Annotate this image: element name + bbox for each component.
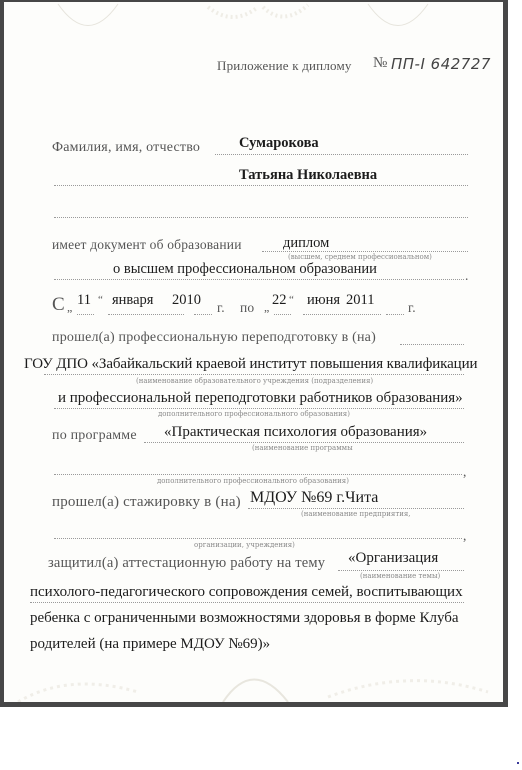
period-to-year-suffix: г. <box>408 300 416 316</box>
retraining-hint-2: дополнительного профессионального образо… <box>158 410 350 418</box>
program-line-2 <box>54 474 462 475</box>
period-to-day-line <box>274 314 291 315</box>
period-from-open-quote: „ <box>67 300 73 315</box>
decorative-watermark-bottom <box>8 662 502 702</box>
period-from-close-quote: “ <box>98 294 103 306</box>
period-from-month-line <box>108 314 184 315</box>
document-frame: Приложение к диплому № ПП-I 642727 Фамил… <box>0 0 508 707</box>
decorative-watermark-top <box>8 2 502 32</box>
internship-hint-1: (наименование предприятия, <box>301 510 411 518</box>
thesis-hint: (наименование темы) <box>360 572 440 580</box>
retraining-label: прошел(а) профессиональную переподготовк… <box>52 330 376 346</box>
thesis-title-line-2: психолого-педагогического сопровождения … <box>30 584 463 601</box>
thesis-line-1-rule <box>338 570 464 571</box>
program-label: по программе <box>52 428 137 444</box>
education-document-hint: (высшем, среднем профессиональном) <box>288 253 432 261</box>
program-hint-2: дополнительного профессионального образо… <box>157 477 349 485</box>
internship-line <box>248 508 464 509</box>
full-name-line-2 <box>54 185 468 186</box>
internship-hint-2: организации, учреждения) <box>194 541 295 549</box>
education-level-period: . <box>465 268 469 284</box>
full-name-line-3 <box>54 217 468 218</box>
given-names-value: Татьяна Николаевна <box>239 167 377 184</box>
diploma-number: ПП-I 642727 <box>391 55 491 73</box>
thesis-line-2-rule <box>30 602 464 603</box>
internship-value: МДОУ №69 г.Чита <box>250 489 378 507</box>
thesis-title-line-3: ребенка с ограниченными возможностями зд… <box>30 610 459 627</box>
education-level-value: о высшем профессиональном образовании <box>113 261 377 278</box>
period-from-year: 2010 <box>172 292 201 309</box>
period-to-year-line <box>386 314 404 315</box>
period-to-month-line <box>303 314 381 315</box>
education-document-value: диплом <box>283 235 329 252</box>
period-from-day: 11 <box>77 292 91 309</box>
scan-artifact-dot <box>517 762 519 764</box>
period-to-close-quote: “ <box>289 294 294 306</box>
education-document-label: имеет документ об образовании <box>52 237 242 253</box>
program-hint-1: (наименование программы <box>252 444 353 452</box>
period-to-month: июня <box>307 292 340 309</box>
internship-label: прошел(а) стажировку в (на) <box>52 494 241 511</box>
thesis-title-line-4: родителей (на примере МДОУ №69)» <box>30 636 270 653</box>
program-line <box>144 442 464 443</box>
period-to-year: 2011 <box>346 292 374 309</box>
diploma-supplement-page: Приложение к диплому № ПП-I 642727 Фамил… <box>8 4 502 702</box>
thesis-title-line-1: «Организация <box>348 550 438 567</box>
retraining-institution-line-2-rule <box>54 408 464 409</box>
period-to-day: 22 <box>272 292 287 309</box>
surname-value: Сумарокова <box>239 135 319 152</box>
internship-comma: , <box>463 528 467 544</box>
full-name-label: Фамилия, имя, отчество <box>52 140 200 156</box>
period-to-open-quote: „ <box>264 300 270 315</box>
internship-line-2 <box>54 538 462 539</box>
supplement-title: Приложение к диплому <box>217 58 352 74</box>
full-name-line-1 <box>215 154 468 155</box>
number-sign: № <box>373 55 387 72</box>
education-level-line <box>54 279 464 280</box>
period-to-prefix: по <box>240 300 254 316</box>
retraining-institution-line-2: и профессиональной переподготовки работн… <box>58 390 463 407</box>
period-from-day-line <box>77 314 94 315</box>
program-value: «Практическая психология образования» <box>164 424 427 441</box>
program-comma: , <box>463 464 467 480</box>
retraining-institution-line-1: ГОУ ДПО «Забайкальский краевой институт … <box>24 356 477 373</box>
period-from-year-line <box>194 314 212 315</box>
retraining-institution-line-1-rule <box>44 374 464 375</box>
retraining-label-line <box>400 344 464 345</box>
period-from-month: января <box>112 292 153 309</box>
thesis-label: защитил(а) аттестационную работу на тему <box>48 555 325 572</box>
period-from-year-suffix: г. <box>217 300 225 316</box>
retraining-hint-1: (наименование образовательного учреждени… <box>136 377 373 385</box>
period-from-prefix: С <box>52 294 65 316</box>
